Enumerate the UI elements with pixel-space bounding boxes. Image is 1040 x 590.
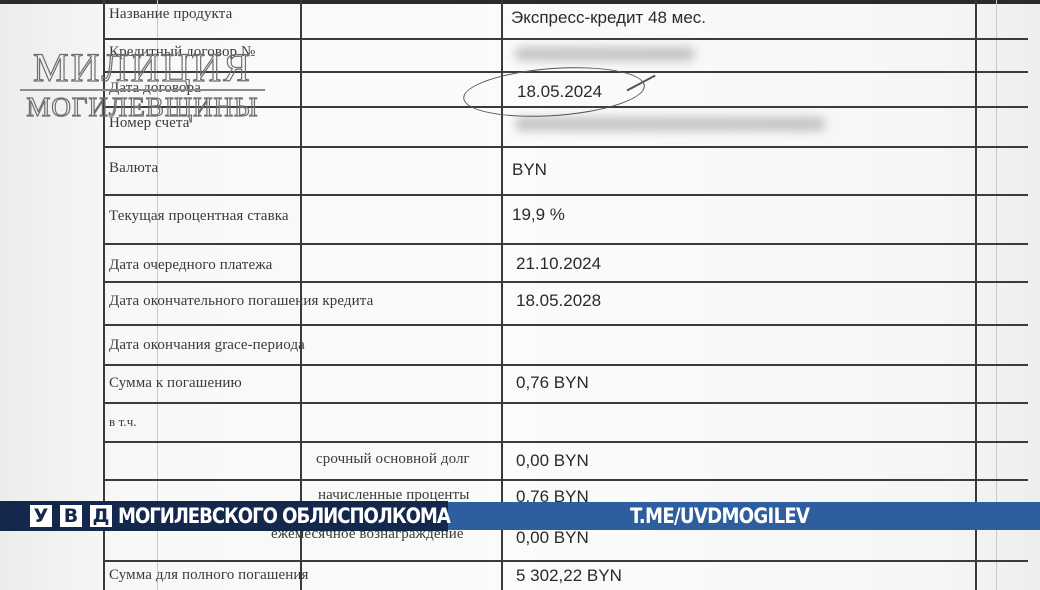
row-line bbox=[103, 324, 1028, 326]
redacted-contract-number bbox=[515, 47, 695, 61]
full-repayment-value: 5 302,22 BYN bbox=[516, 566, 622, 586]
row-label: Дата очередного платежа bbox=[109, 257, 272, 274]
currency-value: BYN bbox=[512, 160, 547, 180]
row-line bbox=[103, 479, 1028, 481]
row-label: Дата окончания grace-периода bbox=[109, 337, 305, 354]
row-line bbox=[103, 243, 1028, 245]
banner-letter-box: Д bbox=[90, 505, 112, 527]
watermark-line2: МОГИЛЕВЩИНЫ bbox=[20, 93, 265, 121]
row-label: Сумма для полного погашения bbox=[109, 567, 309, 584]
row-sublabel: срочный основной долг bbox=[316, 451, 470, 468]
banner-telegram-link[interactable]: T.ME/UVDMOGILEV bbox=[630, 502, 809, 530]
row-line bbox=[103, 441, 1028, 443]
banner-letter-box: В bbox=[60, 505, 82, 527]
row-line bbox=[103, 364, 1028, 366]
principal-value: 0,00 BYN bbox=[516, 451, 589, 471]
police-watermark-logo: МИЛИЦИЯ МОГИЛЕВЩИНЫ bbox=[20, 50, 265, 121]
row-label: Название продукта bbox=[109, 6, 232, 23]
watermark-line1: МИЛИЦИЯ bbox=[20, 50, 265, 86]
row-line bbox=[103, 560, 1028, 562]
row-label: Валюта bbox=[109, 160, 158, 177]
row-label: в т.ч. bbox=[109, 414, 137, 430]
amount-due-value: 0,76 BYN bbox=[516, 373, 589, 393]
interest-rate-value: 19,9 % bbox=[512, 205, 565, 225]
news-banner: У В Д МОГИЛЕВСКОГО ОБЛИСПОЛКОМА T.ME/UVD… bbox=[0, 501, 1040, 531]
final-repayment-date-value: 18.05.2028 bbox=[516, 291, 601, 311]
banner-org-name: МОГИЛЕВСКОГО ОБЛИСПОЛКОМА bbox=[118, 502, 450, 530]
redacted-account-number bbox=[515, 117, 825, 131]
row-label: Дата окончательного погашения кредита bbox=[109, 293, 373, 310]
monthly-fee-value: 0,00 BYN bbox=[516, 528, 589, 548]
next-payment-date-value: 21.10.2024 bbox=[516, 254, 601, 274]
row-line bbox=[103, 194, 1028, 196]
banner-letter-box: У bbox=[30, 505, 52, 527]
row-line bbox=[103, 38, 1028, 40]
row-line bbox=[103, 146, 1028, 148]
row-label: Текущая процентная ставка bbox=[109, 208, 289, 225]
row-label: Сумма к погашению bbox=[109, 375, 242, 392]
row-line bbox=[103, 281, 1028, 283]
row-line bbox=[103, 402, 1028, 404]
product-name-value: Экспресс-кредит 48 мес. bbox=[511, 8, 706, 28]
